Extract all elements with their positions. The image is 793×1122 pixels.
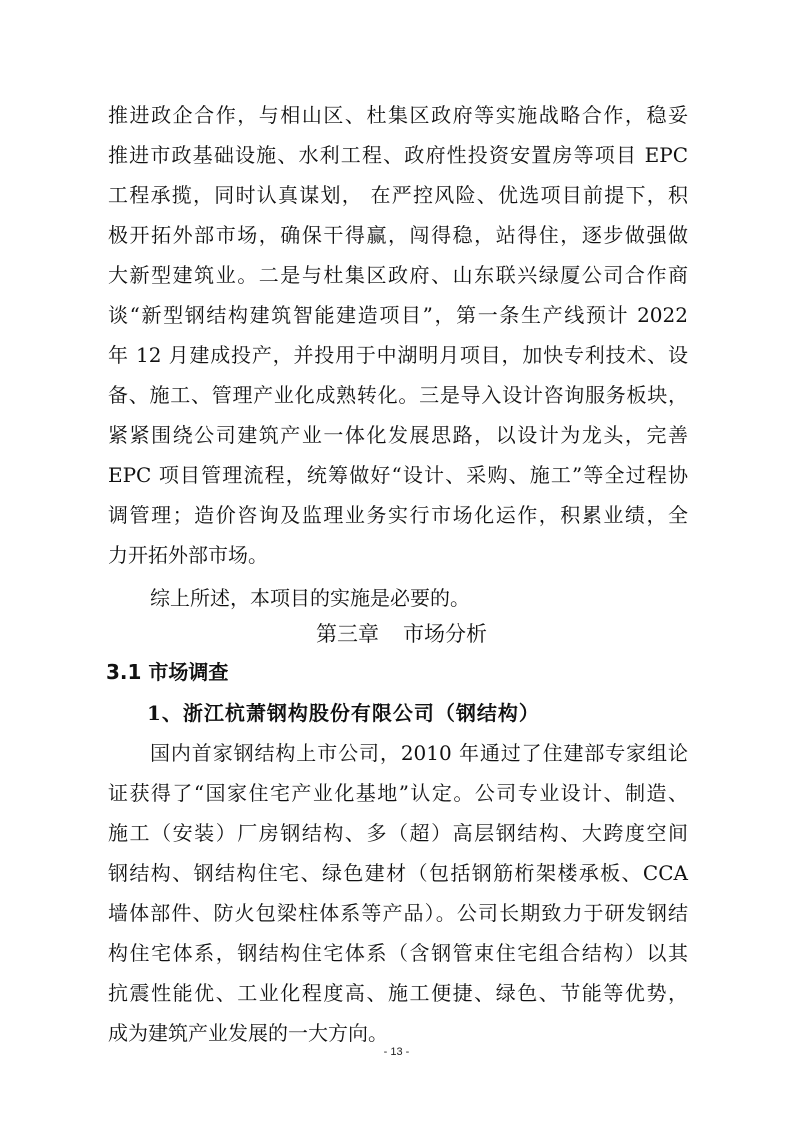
body-text-line: 墙体部件、防火包梁柱体系等产品）。公司长期致力于研发钢结 (108, 893, 688, 933)
chapter-title: 第三章市场分析 (0, 614, 793, 654)
body-text-line: 工程承揽，同时认真谋划， 在严控风险、优选项目前提下，积 (108, 175, 688, 215)
body-text-line: 调管理；造价咨询及监理业务实行市场化运作，积累业绩，全 (108, 495, 688, 535)
section-heading: 3.1 市场调查 (106, 652, 228, 692)
document-page: 推进政企合作，与相山区、杜集区政府等实施战略合作，稳妥 推进市政基础设施、水利工… (0, 0, 793, 1122)
body-text-line: 推进市政基础设施、水利工程、政府性投资安置房等项目 EPC (108, 135, 688, 175)
body-text-line: 证获得了“国家住宅产业化基地”认定。公司专业设计、制造、 (108, 773, 688, 813)
body-text-line: 备、施工、管理产业化成熟转化。三是导入设计咨询服务板块， (108, 375, 688, 415)
subsection-heading: 1、浙江杭萧钢构股份有限公司（钢结构） (147, 693, 540, 733)
body-text-line: 施工（安装）厂房钢结构、多（超）高层钢结构、大跨度空间 (108, 813, 688, 853)
page-number: - 13 - (0, 1046, 793, 1058)
chapter-name: 市场分析 (403, 622, 487, 646)
body-text-line: EPC 项目管理流程，统筹做好“设计、采购、施工”等全过程协 (108, 455, 688, 495)
body-text-line: 大新型建筑业。二是与杜集区政府、山东联兴绿厦公司合作商 (108, 255, 688, 295)
body-text-line: 年 12 月建成投产，并投用于中湖明月项目，加快专利技术、设 (108, 335, 688, 375)
chapter-number: 第三章 (316, 622, 379, 646)
body-text-line: 紧紧围绕公司建筑产业一体化发展思路，以设计为龙头，完善 (108, 415, 688, 455)
body-text-line: 钢结构、钢结构住宅、绿色建材（包括钢筋桁架楼承板、CCA (108, 853, 688, 893)
body-text-line: 极开拓外部市场，确保干得赢，闯得稳，站得住，逐步做强做 (108, 215, 688, 255)
body-text-line: 抗震性能优、工业化程度高、施工便捷、绿色、节能等优势， (108, 973, 688, 1013)
body-text-line: 推进政企合作，与相山区、杜集区政府等实施战略合作，稳妥 (108, 95, 688, 135)
body-text-line: 构住宅体系，钢结构住宅体系（含钢管束住宅组合结构）以其 (108, 933, 688, 973)
body-text-line: 国内首家钢结构上市公司，2010 年通过了住建部专家组论 (150, 733, 688, 773)
conclusion-text: 综上所述，本项目的实施是必要的。 (150, 578, 688, 618)
body-text-line: 力开拓外部市场。 (108, 535, 688, 575)
body-text-line: 谈“新型钢结构建筑智能建造项目”，第一条生产线预计 2022 (108, 295, 688, 335)
